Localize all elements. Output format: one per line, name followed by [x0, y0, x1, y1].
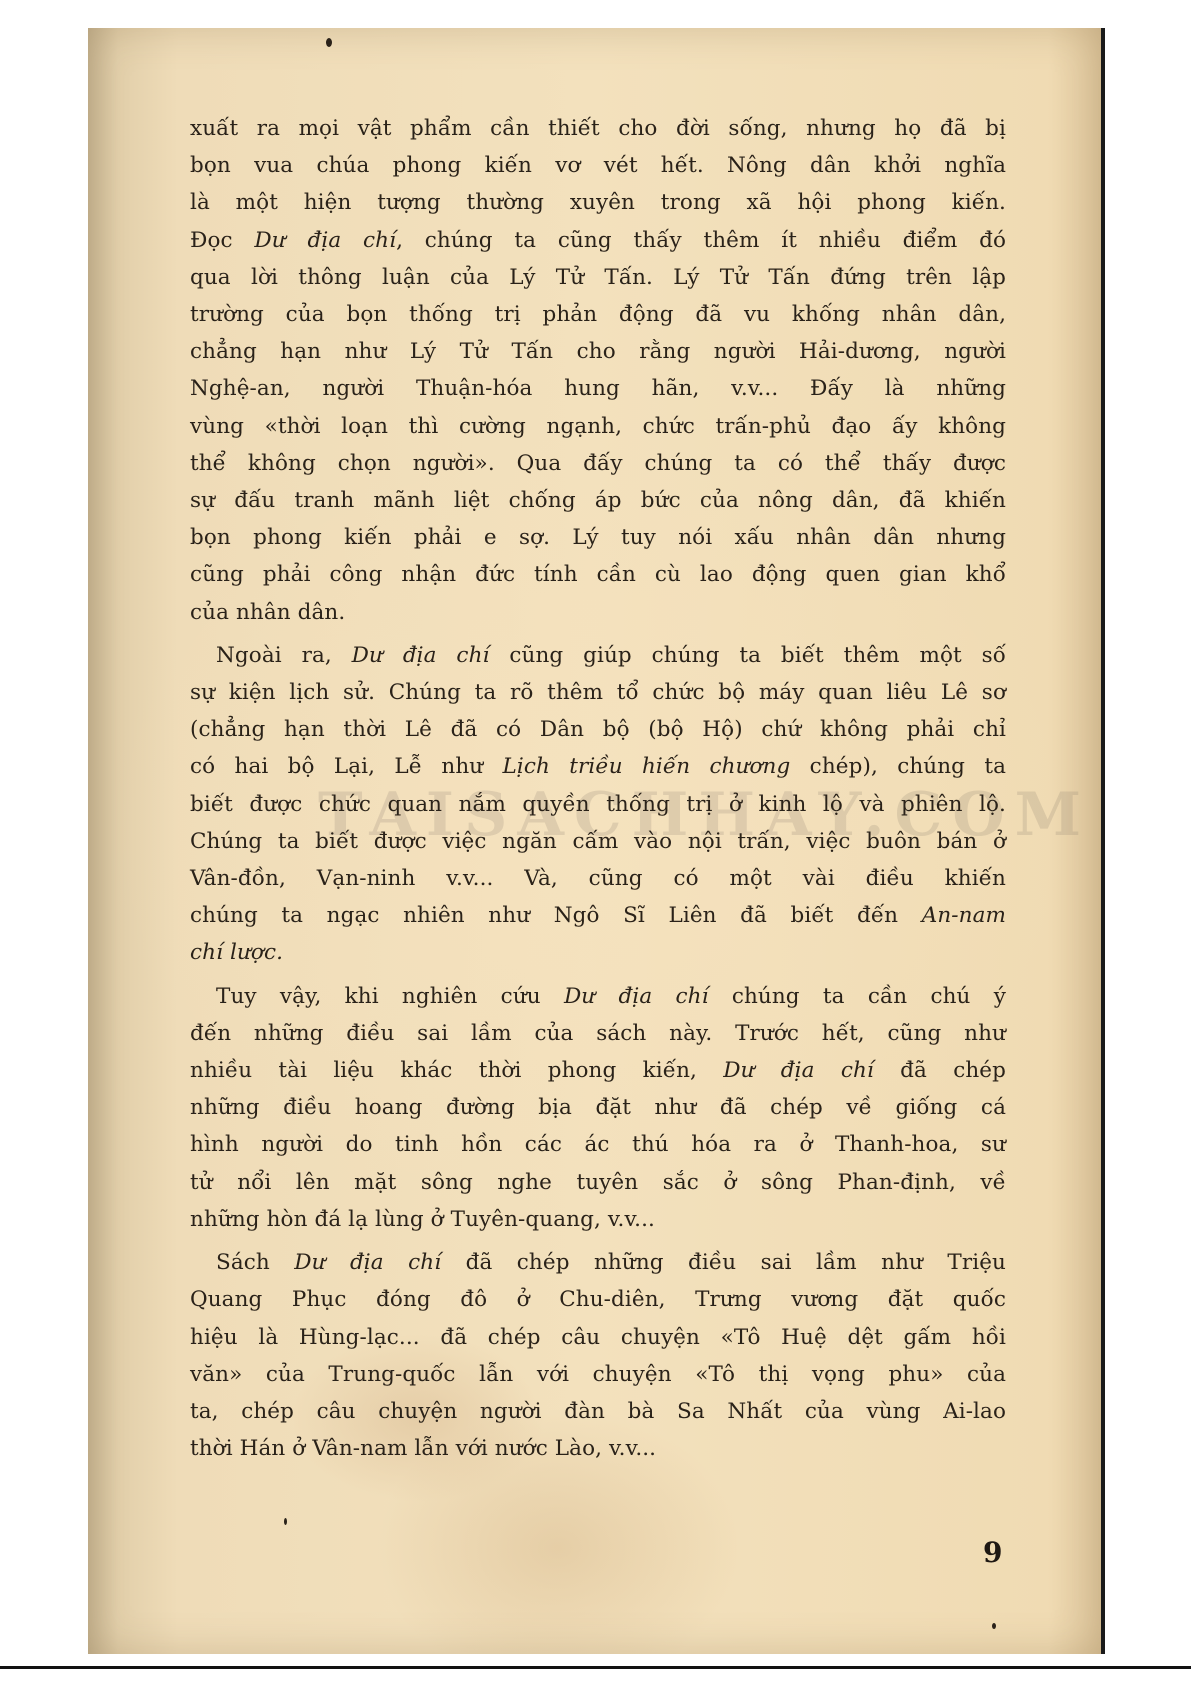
- text-line: những hòn đá lạ lùng ở Tuyên-quang, v.v.…: [190, 1201, 1006, 1238]
- text-run: vùng «thời loạn thì cường ngạnh, chức tr…: [190, 414, 1006, 439]
- text-line: đến những điều sai lầm của sách này. Trư…: [190, 1015, 1006, 1052]
- ink-speck: [326, 38, 332, 47]
- text-line: có hai bộ Lại, Lễ như Lịch triều hiến ch…: [190, 748, 1006, 785]
- italic-title: Dư địa chí: [294, 1250, 441, 1275]
- text-run: chẳng hạn như Lý Tử Tấn cho rằng người H…: [190, 339, 1006, 364]
- text-run: những điều hoang đường bịa đặt như đã ch…: [190, 1095, 1006, 1120]
- text-run: sự kiện lịch sử. Chúng ta rõ thêm tổ chứ…: [190, 680, 1006, 705]
- italic-title: An-nam: [922, 903, 1006, 928]
- text-run: (chẳng hạn thời Lê đã có Dân bộ (bộ Hộ) …: [190, 717, 1006, 742]
- text-run: bọn phong kiến phải e sợ. Lý tuy nói xấu…: [190, 525, 1006, 550]
- text-run: xuất ra mọi vật phẩm cần thiết cho đời s…: [190, 116, 1006, 141]
- text-run: có hai bộ Lại, Lễ như: [190, 754, 503, 779]
- text-run: đến những điều sai lầm của sách này. Trư…: [190, 1021, 1006, 1046]
- text-run: hình người do tinh hồn các ác thú hóa ra…: [190, 1132, 1006, 1157]
- text-line: qua lời thông luận của Lý Tử Tấn. Lý Tử …: [190, 259, 1006, 296]
- text-run: Tuy vậy, khi nghiên cứu: [216, 984, 564, 1009]
- paragraph: xuất ra mọi vật phẩm cần thiết cho đời s…: [190, 110, 1006, 631]
- ink-speck: [284, 1518, 287, 1525]
- text-run: qua lời thông luận của Lý Tử Tấn. Lý Tử …: [190, 265, 1006, 290]
- text-line: bọn phong kiến phải e sợ. Lý tuy nói xấu…: [190, 519, 1006, 556]
- ink-speck: [992, 1623, 996, 1629]
- text-line: những điều hoang đường bịa đặt như đã ch…: [190, 1089, 1006, 1126]
- italic-title: Dư địa chí: [723, 1058, 874, 1083]
- page-number: 9: [983, 1536, 1002, 1569]
- text-line: Sách Dư địa chí đã chép những điều sai l…: [190, 1244, 1006, 1281]
- paragraph: Sách Dư địa chí đã chép những điều sai l…: [190, 1244, 1006, 1467]
- text-run: Vân-đồn, Vạn-ninh v.v... Và, cũng có một…: [190, 866, 1006, 891]
- text-line: cũng phải công nhận đức tính cần cù lao …: [190, 556, 1006, 593]
- text-run: những hòn đá lạ lùng ở Tuyên-quang, v.v.…: [190, 1207, 655, 1232]
- text-run: nhiều tài liệu khác thời phong kiến,: [190, 1058, 723, 1083]
- italic-title: Dư địa chí: [352, 643, 490, 668]
- text-run: Sách: [216, 1250, 294, 1275]
- text-line: Quang Phục đóng đô ở Chu-diên, Trưng vươ…: [190, 1281, 1006, 1318]
- text-line: nhiều tài liệu khác thời phong kiến, Dư …: [190, 1052, 1006, 1089]
- italic-title: chí lược.: [190, 940, 283, 965]
- italic-title: Dư địa chí: [564, 984, 709, 1009]
- text-line: chí lược.: [190, 934, 1006, 971]
- text-line: ta, chép câu chuyện người đàn bà Sa Nhất…: [190, 1393, 1006, 1430]
- text-run: Nghệ-an, người Thuận-hóa hung hãn, v.v..…: [190, 376, 1006, 401]
- text-run: của nhân dân.: [190, 600, 345, 625]
- paragraph: Tuy vậy, khi nghiên cứu Dư địa chí chúng…: [190, 978, 1006, 1238]
- text-run: tử nổi lên mặt sông nghe tuyên sắc ở sôn…: [190, 1170, 1006, 1195]
- text-run: thời Hán ở Vân-nam lẫn với nước Lào, v.v…: [190, 1436, 656, 1461]
- text-run: là một hiện tượng thường xuyên trong xã …: [190, 190, 1006, 215]
- text-line: trường của bọn thống trị phản động đã vu…: [190, 296, 1006, 333]
- text-line: xuất ra mọi vật phẩm cần thiết cho đời s…: [190, 110, 1006, 147]
- text-run: biết được chức quan nắm quyền thống trị …: [190, 792, 1006, 817]
- text-run: đã chép: [874, 1058, 1006, 1083]
- text-run: sự đấu tranh mãnh liệt chống áp bức của …: [190, 488, 1006, 513]
- text-run: văn» của Trung-quốc lẫn với chuyện «Tô t…: [190, 1362, 1006, 1387]
- text-run: , chúng ta cũng thấy thêm ít nhiều điểm …: [396, 228, 1006, 253]
- text-line: chẳng hạn như Lý Tử Tấn cho rằng người H…: [190, 333, 1006, 370]
- text-line: hiệu là Hùng-lạc... đã chép câu chuyện «…: [190, 1319, 1006, 1356]
- text-line: bọn vua chúa phong kiến vơ vét hết. Nông…: [190, 147, 1006, 184]
- text-run: đã chép những điều sai lầm như Triệu: [441, 1250, 1006, 1275]
- text-line: sự đấu tranh mãnh liệt chống áp bức của …: [190, 482, 1006, 519]
- text-line: Tuy vậy, khi nghiên cứu Dư địa chí chúng…: [190, 978, 1006, 1015]
- text-line: Ngoài ra, Dư địa chí cũng giúp chúng ta …: [190, 637, 1006, 674]
- page-edge-shadow: [1101, 28, 1105, 1654]
- text-run: thể không chọn người». Qua đấy chúng ta …: [190, 451, 1006, 476]
- text-line: thể không chọn người». Qua đấy chúng ta …: [190, 445, 1006, 482]
- text-run: chép), chúng ta: [790, 754, 1006, 779]
- scanned-book-page: TAISACHHAY.COM xuất ra mọi vật phẩm cần …: [88, 28, 1102, 1654]
- bottom-divider: [0, 1666, 1191, 1669]
- body-text: xuất ra mọi vật phẩm cần thiết cho đời s…: [190, 110, 1006, 1467]
- text-line: Đọc Dư địa chí, chúng ta cũng thấy thêm …: [190, 222, 1006, 259]
- text-line: là một hiện tượng thường xuyên trong xã …: [190, 184, 1006, 221]
- text-line: thời Hán ở Vân-nam lẫn với nước Lào, v.v…: [190, 1430, 1006, 1467]
- text-run: trường của bọn thống trị phản động đã vu…: [190, 302, 1006, 327]
- text-run: ta, chép câu chuyện người đàn bà Sa Nhất…: [190, 1399, 1006, 1424]
- text-line: của nhân dân.: [190, 594, 1006, 631]
- text-line: vùng «thời loạn thì cường ngạnh, chức tr…: [190, 408, 1006, 445]
- text-run: cũng phải công nhận đức tính cần cù lao …: [190, 562, 1006, 587]
- text-line: văn» của Trung-quốc lẫn với chuyện «Tô t…: [190, 1356, 1006, 1393]
- text-run: chúng ta ngạc nhiên như Ngô Sĩ Liên đã b…: [190, 903, 922, 928]
- text-run: Chúng ta biết được việc ngăn cấm vào nội…: [190, 829, 1006, 854]
- text-run: cũng giúp chúng ta biết thêm một số: [490, 643, 1007, 668]
- text-run: Quang Phục đóng đô ở Chu-diên, Trưng vươ…: [190, 1287, 1006, 1312]
- text-run: hiệu là Hùng-lạc... đã chép câu chuyện «…: [190, 1325, 1006, 1350]
- italic-title: Lịch triều hiến chương: [503, 754, 791, 779]
- text-line: tử nổi lên mặt sông nghe tuyên sắc ở sôn…: [190, 1164, 1006, 1201]
- text-run: bọn vua chúa phong kiến vơ vét hết. Nông…: [190, 153, 1006, 178]
- text-line: Vân-đồn, Vạn-ninh v.v... Và, cũng có một…: [190, 860, 1006, 897]
- text-line: Nghệ-an, người Thuận-hóa hung hãn, v.v..…: [190, 370, 1006, 407]
- italic-title: Dư địa chí: [254, 228, 396, 253]
- paragraph: Ngoài ra, Dư địa chí cũng giúp chúng ta …: [190, 637, 1006, 972]
- text-run: chúng ta cần chú ý: [709, 984, 1006, 1009]
- text-line: (chẳng hạn thời Lê đã có Dân bộ (bộ Hộ) …: [190, 711, 1006, 748]
- text-line: chúng ta ngạc nhiên như Ngô Sĩ Liên đã b…: [190, 897, 1006, 934]
- text-run: Đọc: [190, 228, 254, 253]
- text-line: Chúng ta biết được việc ngăn cấm vào nội…: [190, 823, 1006, 860]
- text-line: hình người do tinh hồn các ác thú hóa ra…: [190, 1126, 1006, 1163]
- text-line: sự kiện lịch sử. Chúng ta rõ thêm tổ chứ…: [190, 674, 1006, 711]
- text-run: Ngoài ra,: [216, 643, 352, 668]
- text-line: biết được chức quan nắm quyền thống trị …: [190, 786, 1006, 823]
